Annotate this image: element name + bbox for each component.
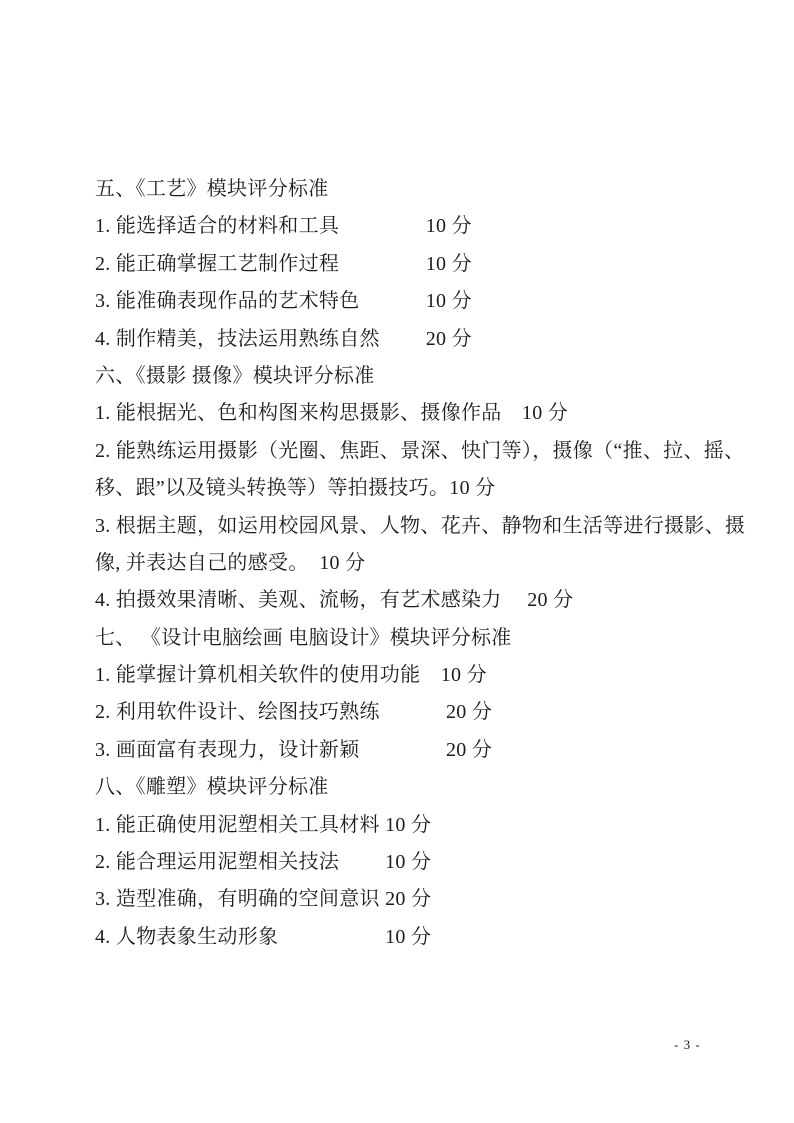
score-value: 10 分 <box>385 926 431 948</box>
criteria-text: 4. 人物表象生动形象 <box>95 926 385 948</box>
criteria-text: 4. 拍摄效果清晰、美观、流畅，有艺术感染力 <box>95 589 527 611</box>
score-value: 10 分 <box>385 814 431 836</box>
score-value: 20 分 <box>446 739 492 761</box>
criteria-item: 4. 制作精美，技法运用熟练自然 20 分 <box>95 321 745 358</box>
section-heading-photography: 六、《摄影 摄像》模块评分标准 <box>95 358 745 395</box>
criteria-item: 3. 能准确表现作品的艺术特色 10 分 <box>95 283 745 320</box>
criteria-item: 4. 拍摄效果清晰、美观、流畅，有艺术感染力 20 分 <box>95 582 745 619</box>
criteria-item: 3. 造型准确，有明确的空间意识 20 分 <box>95 881 745 918</box>
criteria-item: 2. 能正确掌握工艺制作过程 10 分 <box>95 246 745 283</box>
score-value: 10 分 <box>319 552 365 574</box>
criteria-text: 移、跟”以及镜头转换等）等拍摄技巧。 <box>95 477 449 499</box>
heading-text: 五、《工艺》模块评分标准 <box>95 178 329 200</box>
score-value: 10 分 <box>426 253 472 275</box>
criteria-text: 2. 能合理运用泥塑相关技法 <box>95 851 385 873</box>
criteria-item: 1. 能掌握计算机相关软件的使用功能 10 分 <box>95 657 745 694</box>
criteria-item: 4. 人物表象生动形象 10 分 <box>95 919 745 956</box>
criteria-item: 2. 能熟练运用摄影（光圈、焦距、景深、快门等），摄像（“推、拉、摇、 <box>95 433 745 470</box>
criteria-item: 2. 能合理运用泥塑相关技法 10 分 <box>95 844 745 881</box>
criteria-item: 2. 利用软件设计、绘图技巧熟练 20 分 <box>95 694 745 731</box>
score-value: 10 分 <box>522 402 568 424</box>
section-heading-craft: 五、《工艺》模块评分标准 <box>95 171 745 208</box>
score-value: 10 分 <box>449 477 495 499</box>
criteria-text: 像, 并表达自己的感受。 <box>95 552 319 574</box>
criteria-text: 3. 造型准确，有明确的空间意识 <box>95 888 385 910</box>
criteria-text: 2. 能熟练运用摄影（光圈、焦距、景深、快门等），摄像（“推、拉、摇、 <box>95 440 744 462</box>
criteria-text: 4. 制作精美，技法运用熟练自然 <box>95 328 426 350</box>
score-value: 10 分 <box>426 290 472 312</box>
score-value: 20 分 <box>426 328 472 350</box>
document-body: 五、《工艺》模块评分标准 1. 能选择适合的材料和工具 10 分 2. 能正确掌… <box>95 171 745 956</box>
criteria-text: 2. 利用软件设计、绘图技巧熟练 <box>95 701 446 723</box>
criteria-item: 3. 画面富有表现力，设计新颖 20 分 <box>95 732 745 769</box>
score-value: 20 分 <box>385 888 431 910</box>
criteria-text: 1. 能掌握计算机相关软件的使用功能 <box>95 664 441 686</box>
criteria-text: 3. 画面富有表现力，设计新颖 <box>95 739 446 761</box>
criteria-text: 3. 能准确表现作品的艺术特色 <box>95 290 426 312</box>
heading-text: 八、《雕塑》模块评分标准 <box>95 776 329 798</box>
heading-text: 七、 《设计电脑绘画 电脑设计》模块评分标准 <box>95 627 512 649</box>
criteria-text: 1. 能正确使用泥塑相关工具材料 <box>95 814 385 836</box>
criteria-item: 1. 能根据光、色和构图来构思摄影、摄像作品 10 分 <box>95 395 745 432</box>
score-value: 10 分 <box>426 215 472 237</box>
criteria-item: 1. 能正确使用泥塑相关工具材料 10 分 <box>95 807 745 844</box>
heading-text: 六、《摄影 摄像》模块评分标准 <box>95 365 375 387</box>
section-heading-sculpture: 八、《雕塑》模块评分标准 <box>95 769 745 806</box>
criteria-text: 2. 能正确掌握工艺制作过程 <box>95 253 426 275</box>
score-value: 20 分 <box>446 701 492 723</box>
criteria-text: 1. 能根据光、色和构图来构思摄影、摄像作品 <box>95 402 522 424</box>
section-heading-computer-design: 七、 《设计电脑绘画 电脑设计》模块评分标准 <box>95 620 745 657</box>
page-number: - 3 - <box>674 1036 701 1054</box>
criteria-item-continuation: 移、跟”以及镜头转换等）等拍摄技巧。10 分 <box>95 470 745 507</box>
score-value: 10 分 <box>385 851 431 873</box>
score-value: 20 分 <box>527 589 573 611</box>
criteria-item: 3. 根据主题，如运用校园风景、人物、花卉、静物和生活等进行摄影、摄 <box>95 508 745 545</box>
criteria-item-continuation: 像, 并表达自己的感受。 10 分 <box>95 545 745 582</box>
criteria-text: 3. 根据主题，如运用校园风景、人物、花卉、静物和生活等进行摄影、摄 <box>95 515 745 537</box>
criteria-item: 1. 能选择适合的材料和工具 10 分 <box>95 208 745 245</box>
criteria-text: 1. 能选择适合的材料和工具 <box>95 215 426 237</box>
document-page: 五、《工艺》模块评分标准 1. 能选择适合的材料和工具 10 分 2. 能正确掌… <box>0 0 794 1123</box>
score-value: 10 分 <box>441 664 487 686</box>
